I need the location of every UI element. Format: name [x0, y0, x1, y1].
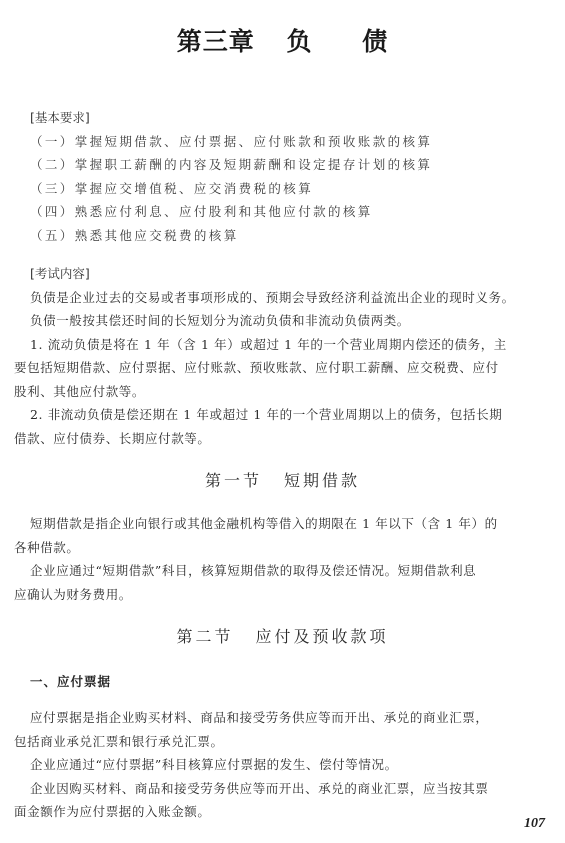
section-2-name: 应付及预收款项 [256, 627, 389, 646]
text-line: 借款、应付债券、长期应付款等。 [14, 427, 560, 451]
current-liabilities-point: 1. 流动负债是将在 1 年（含 1 年）或超过 1 年的一个营业周期内偿还的债… [14, 333, 560, 404]
text-line: 短期借款是指企业向银行或其他金融机构等借入的期限在 1 年以下（含 1 年）的 [14, 512, 560, 536]
text-line: 要包括短期借款、应付票据、应付账款、预收账款、应付职工薪酬、应交税费、应付 [14, 356, 560, 380]
exam-content: [考试内容] 负债是企业过去的交易或者事项形成的、预期会导致经济利益流出企业的现… [30, 262, 560, 450]
chapter-number: 第三章 [177, 22, 255, 58]
requirement-item: （一）掌握短期借款、应付票据、应付账款和预收账款的核算 [30, 130, 560, 154]
section-1-name: 短期借款 [284, 471, 360, 490]
short-term-loan-definition: 短期借款是指企业向银行或其他金融机构等借入的期限在 1 年以下（含 1 年）的 … [14, 512, 560, 559]
short-term-loan-accounting: 企业应通过“短期借款”科目，核算短期借款的取得及偿还情况。短期借款利息 应确认为… [14, 559, 560, 606]
notes-payable-measurement: 企业因购买材料、商品和接受劳务供应等而开出、承兑的商业汇票，应当按其票 面金额作… [14, 777, 560, 824]
text-line: 应确认为财务费用。 [14, 583, 560, 607]
text-line: 企业应通过“短期借款”科目，核算短期借款的取得及偿还情况。短期借款利息 [14, 559, 560, 583]
chapter-title-char-2: 债 [362, 22, 388, 58]
chapter-title-char-1: 负 [286, 22, 312, 58]
basic-requirements-heading: [基本要求] [30, 106, 560, 130]
section-1-number: 第一节 [205, 471, 262, 490]
text-line: 企业应通过“应付票据”科目核算应付票据的发生、偿付等情况。 [14, 753, 560, 777]
section-1-body: 短期借款是指企业向银行或其他金融机构等借入的期限在 1 年以下（含 1 年）的 … [14, 512, 560, 606]
text-line: 包括商业承兑汇票和银行承兑汇票。 [14, 730, 560, 754]
notes-payable-definition: 应付票据是指企业购买材料、商品和接受劳务供应等而开出、承兑的商业汇票， 包括商业… [14, 706, 560, 753]
subsection-heading-notes-payable: 一、应付票据 [30, 672, 111, 690]
chapter-title: 第三章 负 债 [0, 22, 565, 58]
section-2-title: 第二节应付及预收款项 [0, 624, 565, 647]
text-line: 2. 非流动负债是偿还期在 1 年或超过 1 年的一个营业周期以上的债务，包括长… [14, 403, 560, 427]
requirement-item: （五）熟悉其他应交税费的核算 [30, 224, 560, 248]
text-line: 股利、其他应付款等。 [14, 380, 560, 404]
basic-requirements: [基本要求] （一）掌握短期借款、应付票据、应付账款和预收账款的核算 （二）掌握… [30, 106, 560, 247]
requirement-item: （二）掌握职工薪酬的内容及短期薪酬和设定提存计划的核算 [30, 153, 560, 177]
text-line: 面金额作为应付票据的入账金额。 [14, 800, 560, 824]
text-line: 应付票据是指企业购买材料、商品和接受劳务供应等而开出、承兑的商业汇票， [14, 706, 560, 730]
section-2-body: 应付票据是指企业购买材料、商品和接受劳务供应等而开出、承兑的商业汇票， 包括商业… [14, 706, 560, 824]
classification-line: 负债一般按其偿还时间的长短划分为流动负债和非流动负债两类。 [30, 309, 560, 333]
exam-content-heading: [考试内容] [30, 262, 560, 286]
requirement-item: （三）掌握应交增值税、应交消费税的核算 [30, 177, 560, 201]
notes-payable-accounting: 企业应通过“应付票据”科目核算应付票据的发生、偿付等情况。 [14, 753, 560, 777]
definition-line: 负债是企业过去的交易或者事项形成的、预期会导致经济利益流出企业的现时义务。 [30, 286, 560, 310]
requirement-item: （四）熟悉应付利息、应付股利和其他应付款的核算 [30, 200, 560, 224]
text-line: 企业因购买材料、商品和接受劳务供应等而开出、承兑的商业汇票，应当按其票 [14, 777, 560, 801]
noncurrent-liabilities-point: 2. 非流动负债是偿还期在 1 年或超过 1 年的一个营业周期以上的债务，包括长… [14, 403, 560, 450]
page-number: 107 [524, 816, 545, 832]
section-1-title: 第一节短期借款 [0, 468, 565, 491]
text-line: 1. 流动负债是将在 1 年（含 1 年）或超过 1 年的一个营业周期内偿还的债… [14, 333, 560, 357]
text-line: 各种借款。 [14, 536, 560, 560]
section-2-number: 第二节 [176, 627, 233, 646]
document-page: 第三章 负 债 [基本要求] （一）掌握短期借款、应付票据、应付账款和预收账款的… [0, 0, 565, 843]
